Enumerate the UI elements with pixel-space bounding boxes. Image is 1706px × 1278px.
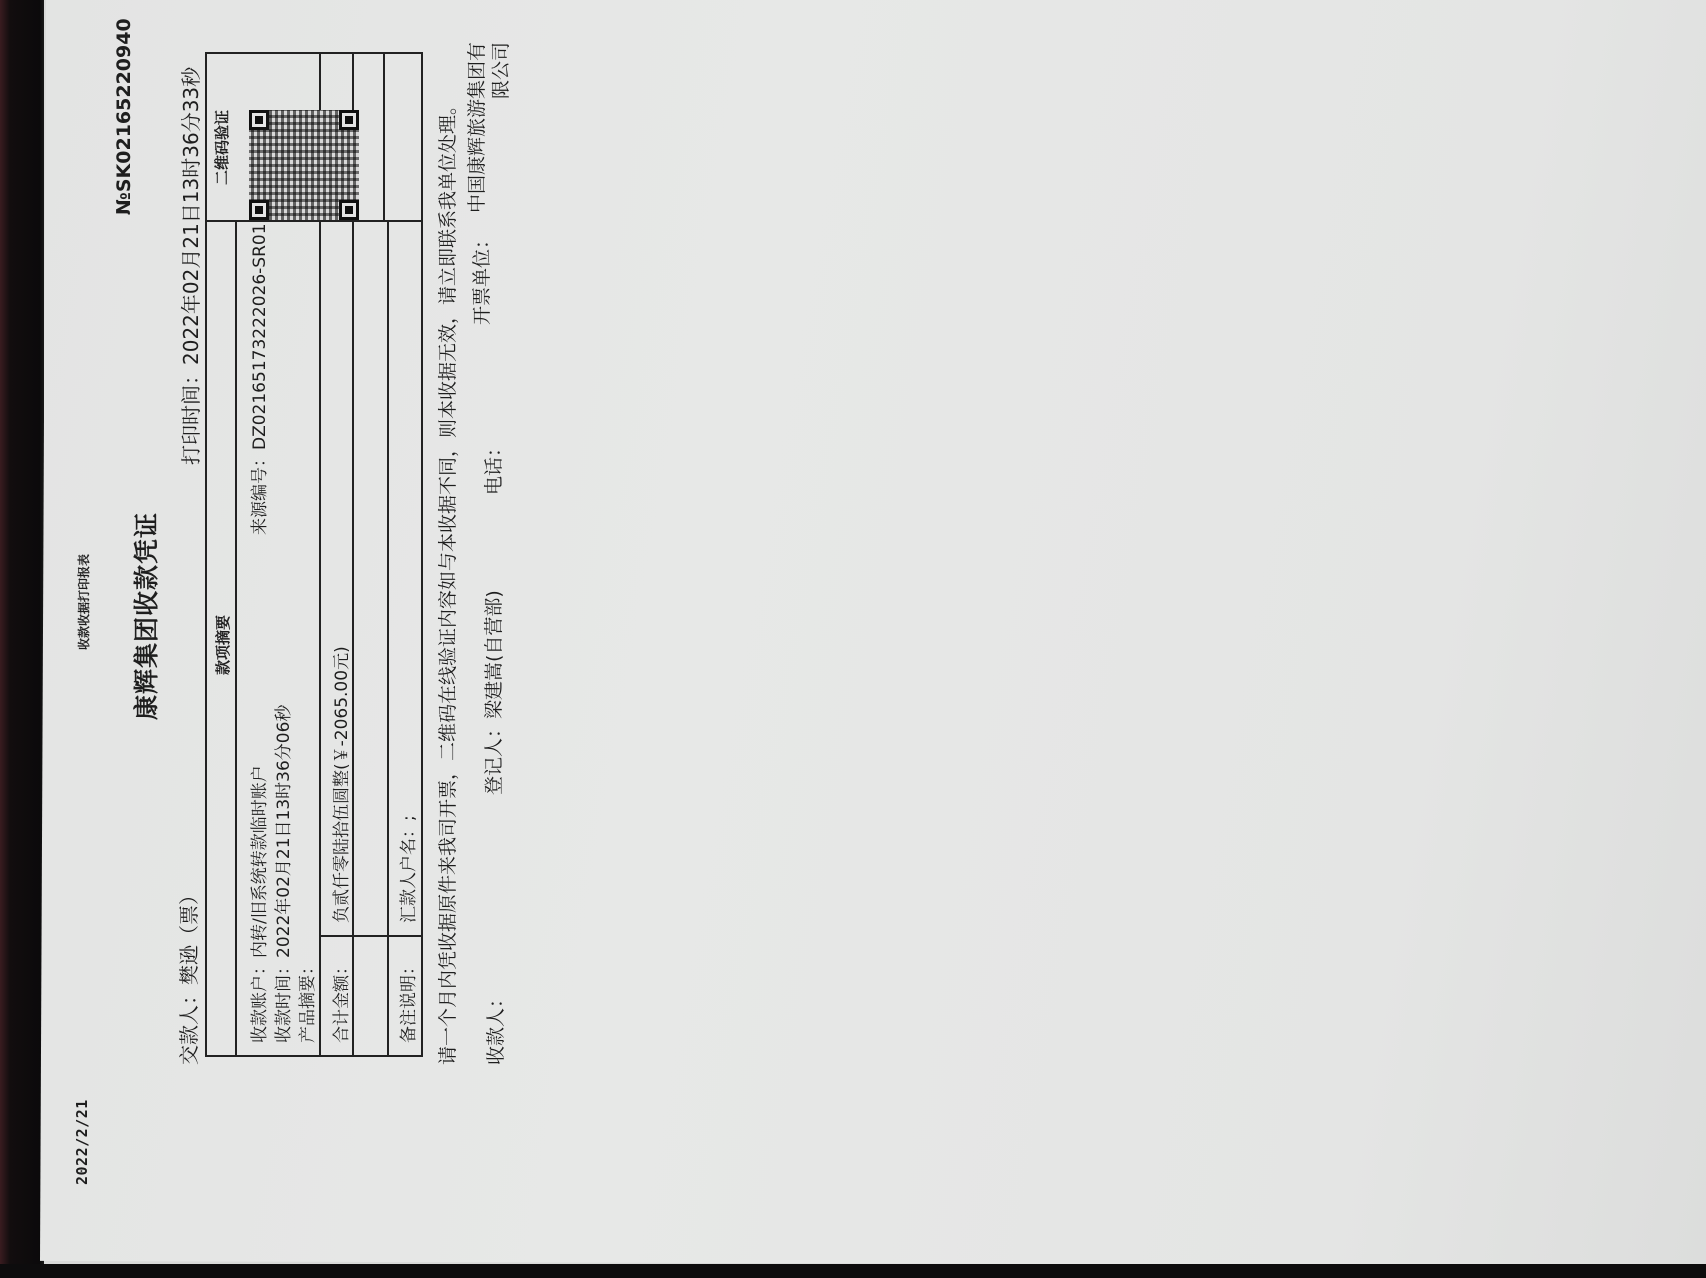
summary-header: 款项摘要 [212, 615, 233, 675]
product-row: 产品摘要： [293, 958, 318, 1043]
receipt-document: 2022/2/21 收款收据打印报表 康辉集团收款凭证 №SK021652209… [65, 35, 525, 1185]
payer-label: 交款人： [177, 985, 201, 1065]
remark-divider [387, 220, 389, 1055]
payee-label: 收款人： [485, 989, 507, 1065]
document-title: 康辉集团收款凭证 [127, 512, 163, 720]
account-label: 收款账户： [250, 958, 270, 1043]
receipt-table: 款项摘要 二维码验证 收款账户：内转/旧系统转款临时账户 收款时间：2022年0… [205, 52, 423, 1057]
qr-code-icon [249, 110, 359, 220]
remark-label: 备注说明： [394, 958, 419, 1043]
print-time-label: 打印时间： [179, 365, 203, 465]
account-value: 内转/旧系统转款临时账户 [250, 765, 270, 958]
phone-label: 电话： [483, 438, 505, 495]
qr-finder-icon [249, 110, 269, 130]
qr-finder-icon [339, 200, 359, 220]
qr-finder-icon [339, 110, 359, 130]
table-surface-left [0, 0, 44, 1278]
remark-value: 汇款人户名：; [394, 815, 419, 923]
time-row: 收款时间：2022年02月21日13时36分06秒 [269, 705, 294, 1043]
receipt-number: №SK02165220940 [113, 18, 135, 215]
qr-header: 二维码验证 [211, 110, 232, 185]
qr-column-divider [207, 220, 385, 222]
time-value: 2022年02月21日13时36分06秒 [274, 705, 294, 958]
total-value: 负贰仟零陆拾伍圆整(￥-2065.00元) [327, 646, 352, 923]
table-surface-bottom [0, 1264, 1706, 1278]
time-label: 收款时间： [274, 958, 294, 1043]
qr-code-area [249, 72, 357, 220]
registrar-label: 登记人： [483, 719, 505, 795]
qr-bottom-divider [383, 54, 385, 222]
source-label: 来源编号： [250, 450, 270, 535]
print-time-value: 2022年02月21日13时36分33秒 [179, 67, 203, 365]
print-date: 2022/2/21 [73, 1099, 91, 1185]
source-value: DZ02165173222026-SR01 [250, 223, 270, 450]
issuer-name: 中国康辉旅游集团有限公司 [465, 42, 513, 227]
payer: 交款人：樊逊（票） [173, 885, 202, 1065]
header-divider [235, 220, 237, 1055]
label-divider [319, 935, 421, 937]
registrar: 登记人：梁建嵩(自营部) [479, 590, 506, 795]
total-label: 合计金额： [327, 958, 352, 1043]
payer-value: 樊逊（票） [177, 885, 201, 985]
account-row: 收款账户：内转/旧系统转款临时账户 [245, 765, 270, 1043]
notice-text: 请一个月内凭收据原件来我司开票，二维码在线验证内容如与本收据不同，则本收据无效，… [433, 96, 460, 1065]
report-name: 收款收据打印报表 [75, 554, 92, 650]
registrar-value: 梁建嵩(自营部) [483, 590, 505, 719]
print-time: 打印时间：2022年02月21日13时36分33秒 [175, 67, 204, 465]
payee: 收款人： [481, 989, 508, 1065]
source-row: 来源编号：DZ02165173222026-SR01 [245, 223, 270, 535]
phone: 电话： [479, 438, 506, 495]
qr-finder-icon [249, 200, 269, 220]
issuer-label: 开票单位： [467, 230, 494, 325]
product-label: 产品摘要： [298, 958, 318, 1043]
